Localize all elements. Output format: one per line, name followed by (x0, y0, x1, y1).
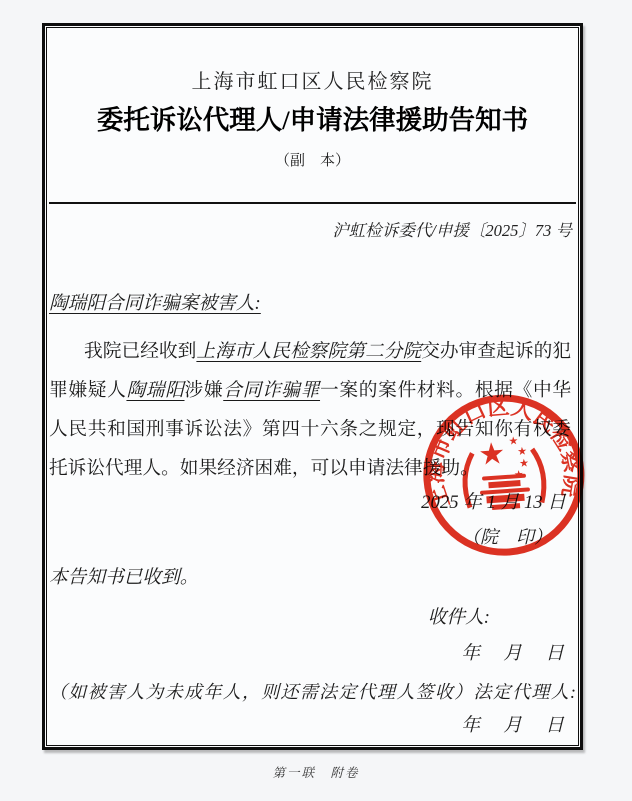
document-content: 上海市虹口区人民检察院 委托诉讼代理人/申请法律援助告知书 （副 本） 沪虹检诉… (46, 27, 579, 746)
recipient-date-blank: 年 月 日 (49, 640, 576, 668)
page-footer: 第一联 附卷 (0, 763, 632, 781)
legal-rep-date-blank: 年 月 日 (49, 712, 576, 740)
addressee-line: 陶瑞阳合同诈骗案被害人: (49, 290, 576, 318)
org-name: 上海市虹口区人民检察院 (49, 68, 576, 96)
body-seg-intro: 我院已经收到 (84, 341, 196, 362)
case-source-org: 上海市人民检察院第二分院 (196, 341, 421, 362)
seal-note: （院 印） (49, 524, 576, 550)
doc-title: 委托诉讼代理人/申请法律援助告知书 (49, 102, 576, 138)
charge-name: 合同诈骗罪 (223, 380, 320, 401)
body-seg-mid2: 涉嫌 (185, 380, 224, 401)
copy-label: （副 本） (49, 150, 576, 172)
issue-date: 2025 年 1 月 13 日 (49, 488, 576, 518)
recipient-label: 收件人: (49, 604, 576, 632)
document-paper: 上海市虹口区人民检察院 委托诉讼代理人/申请法律援助告知书 （副 本） 沪虹检诉… (42, 23, 583, 750)
page: 上海市虹口区人民检察院 委托诉讼代理人/申请法律援助告知书 （副 本） 沪虹检诉… (0, 0, 632, 801)
receipt-acknowledgement: 本告知书已收到。 (49, 564, 576, 592)
body-paragraph: 我院已经收到上海市人民检察院第二分院交办审查起诉的犯罪嫌疑人陶瑞阳涉嫌合同诈骗罪… (49, 332, 571, 488)
legal-rep-note: （如被害人为未成年人，则还需法定代理人签收）法定代理人: (49, 678, 576, 706)
doc-number: 沪虹检诉委代/申援〔2025〕73 号 (49, 218, 576, 244)
suspect-name: 陶瑞阳 (126, 380, 184, 401)
header-divider (49, 202, 576, 204)
